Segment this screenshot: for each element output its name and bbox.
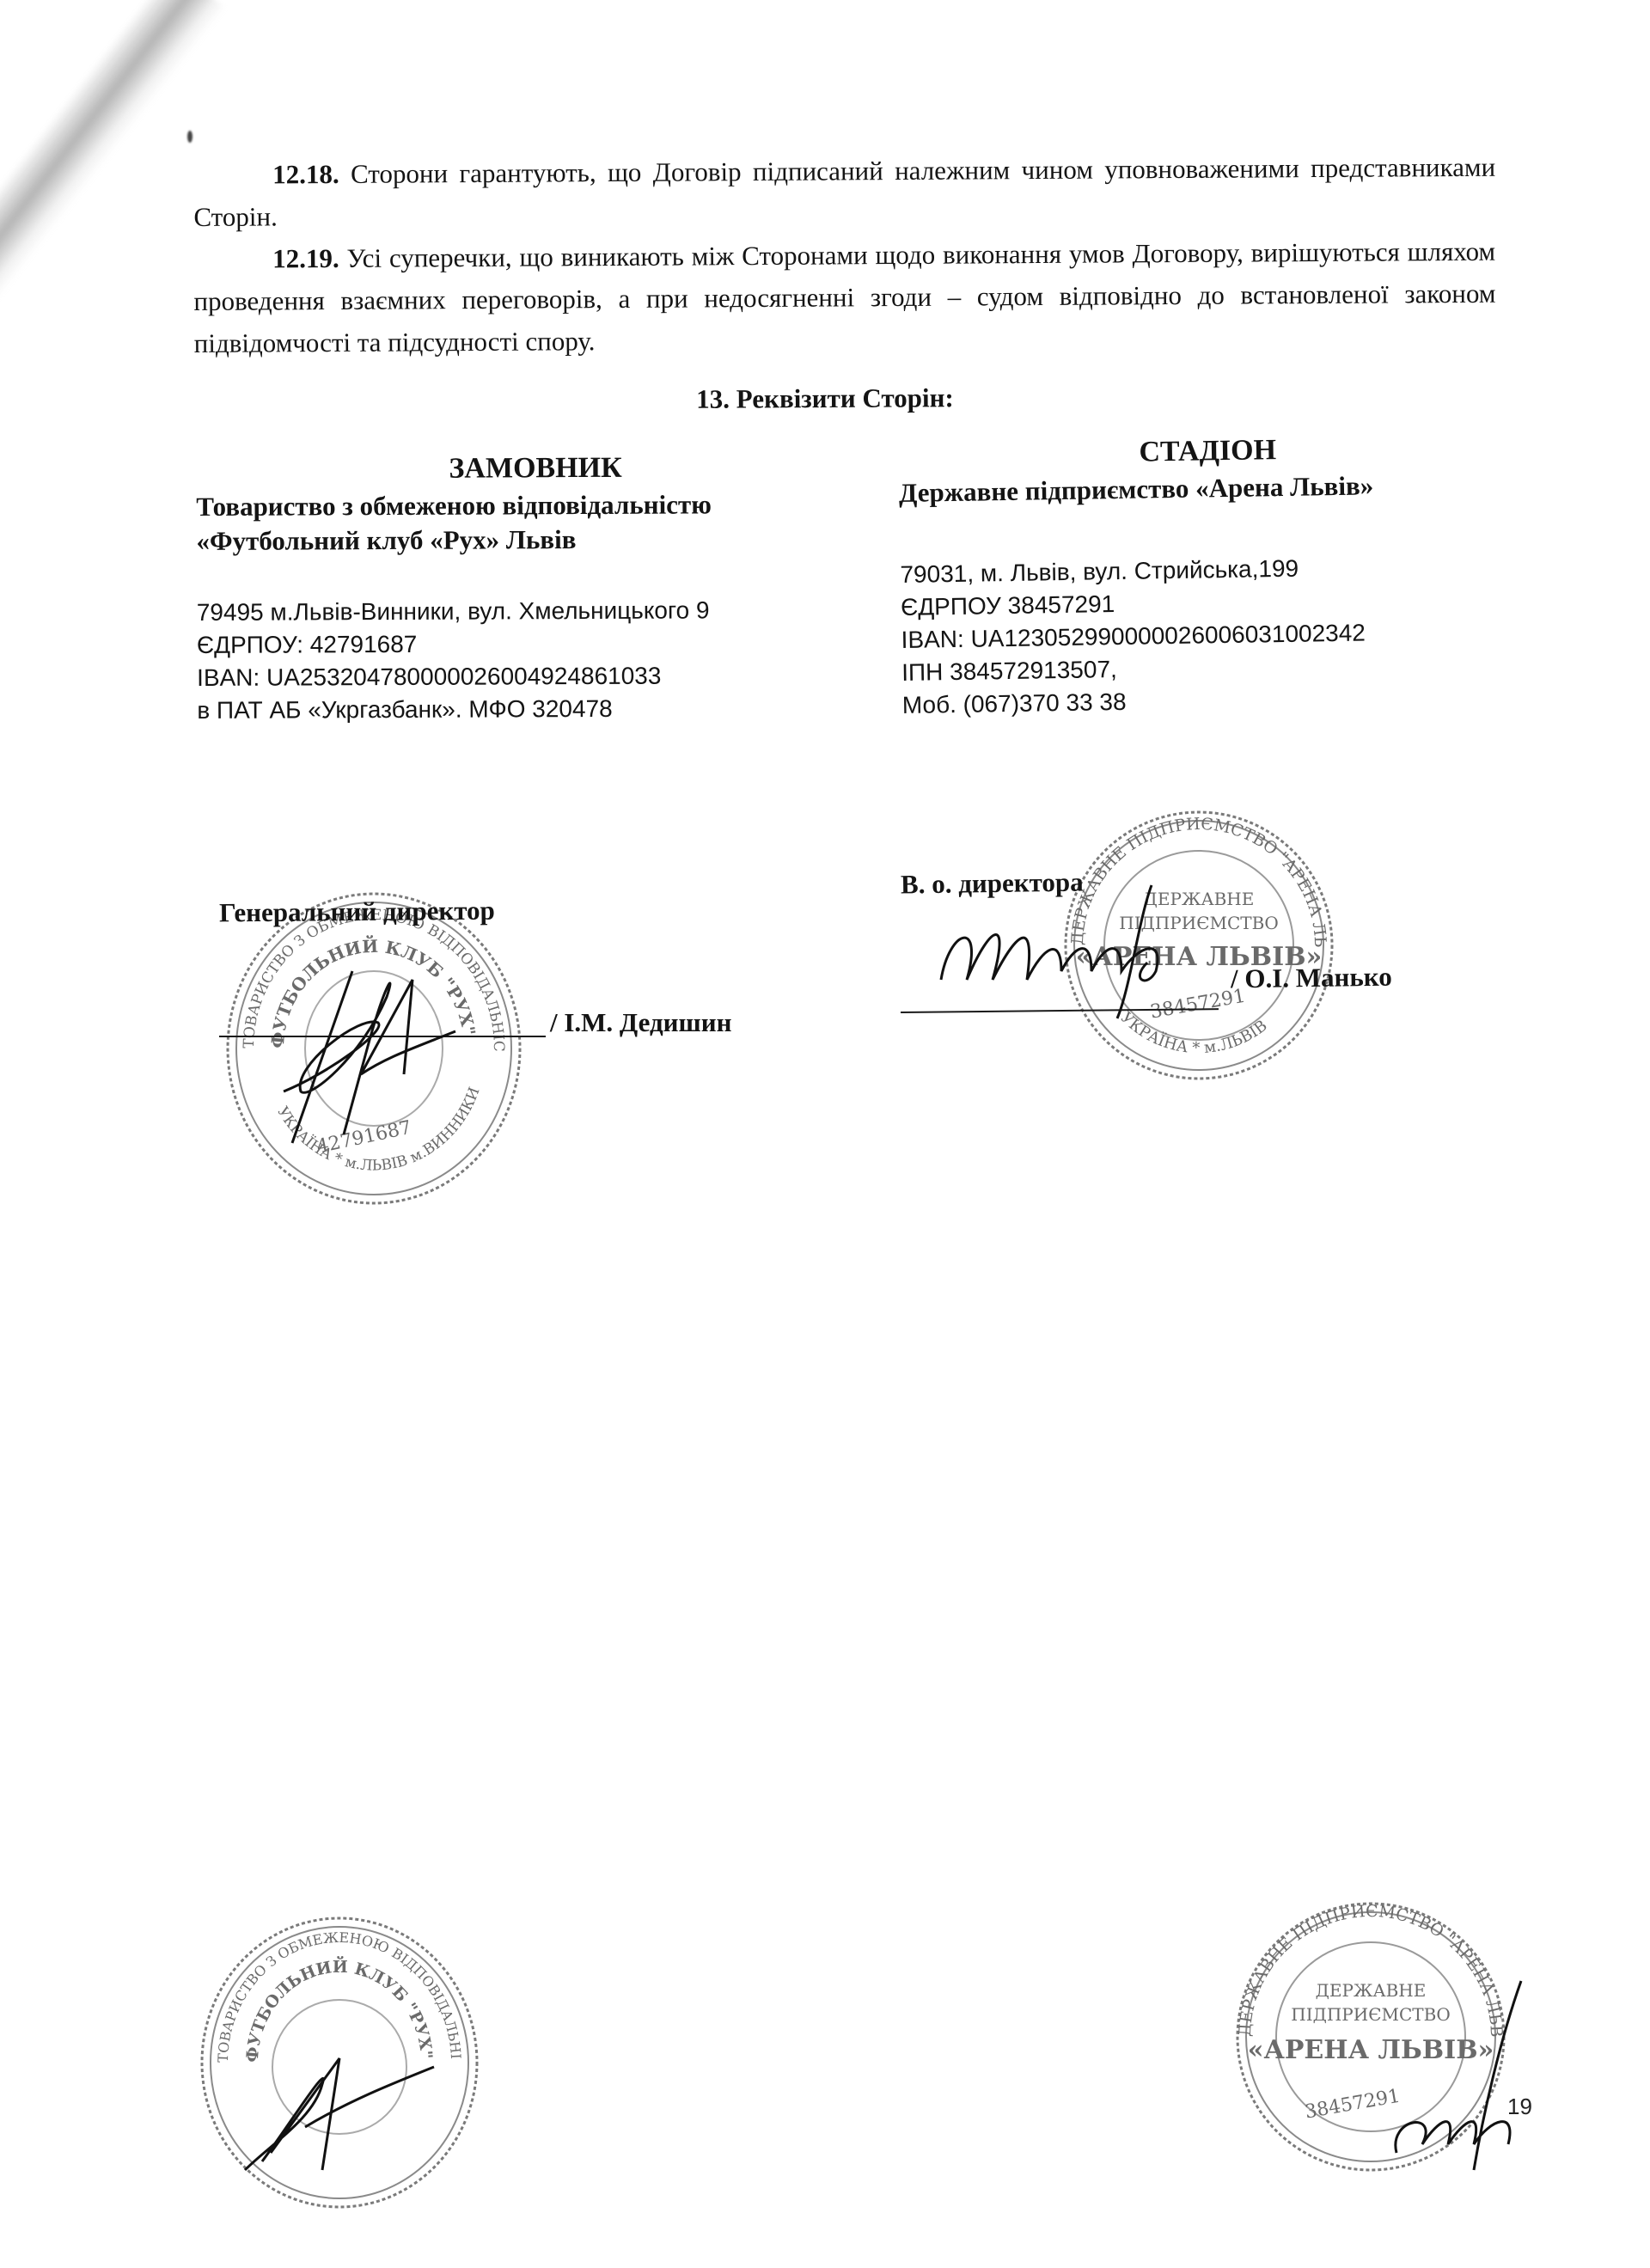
customer-iban: IBAN: UA253204780000026004924861033	[197, 659, 876, 694]
customer-address: 79495 м.Львів-Винники, вул. Хмельницьког…	[197, 594, 876, 629]
stadium-requisites: 79031, м. Львів, вул. Стрийська,199 ЄДРП…	[900, 549, 1521, 722]
customer-signature-icon	[258, 928, 481, 1152]
customer-footer-stamp: ТОВАРИСТВО З ОБМЕЖЕНОЮ ВІДПОВІДАЛЬНІСТЮ …	[193, 1912, 486, 2213]
customer-bank: в ПАТ АБ «Укргазбанк». МФО 320478	[197, 692, 876, 727]
clause-number: 12.18.	[272, 159, 339, 189]
stadium-footer-center1: ДЕРЖАВНЕ	[1316, 1980, 1427, 2001]
clause-12-18: 12.18. Сторони гарантують, що Договір пі…	[193, 146, 1496, 238]
stadium-footer-center3: «АРЕНА ЛЬВІВ»	[1248, 2035, 1494, 2065]
stadium-signer-name: / О.І. Манько	[1231, 962, 1392, 995]
stadium-signature-icon	[932, 868, 1207, 1031]
scan-speck	[187, 131, 192, 143]
clause-text: Усі суперечки, що виникають між Сторонам…	[193, 236, 1495, 358]
stadium-org-line1: Державне підприємство «Арена Львів»	[899, 467, 1519, 510]
customer-org-line1: Товариство з обмеженою відповідальністю	[196, 487, 875, 524]
stadium-footer-center2: ПІДПРИЄМСТВО	[1291, 2004, 1450, 2025]
clause-12-19: 12.19. Усі суперечки, що виникають між С…	[193, 230, 1496, 364]
scan-shadow-edge	[0, 0, 226, 306]
stadium-details: СТАДІОН Державне підприємство «Арена Льв…	[898, 431, 1521, 722]
section-title: 13. Реквізити Сторін:	[0, 379, 1650, 419]
customer-requisites: 79495 м.Львів-Винники, вул. Хмельницьког…	[197, 594, 877, 727]
customer-role-title: ЗАМОВНИК	[196, 451, 875, 486]
customer-details: ЗАМОВНИК Товариство з обмеженою відповід…	[196, 451, 876, 727]
page-number: 19	[1507, 2094, 1532, 2120]
customer-signer-title: Генеральний директор	[219, 896, 495, 929]
stadium-footer-stamp: ДЕРЖАВНЕ ПІДПРИЄМСТВО "АРЕНА ЛЬВІВ" ДЕРЖ…	[1225, 1895, 1534, 2179]
customer-org-line2: «Футбольний клуб «Рух» Львів	[196, 522, 875, 559]
clause-text: Сторони гарантують, що Договір підписани…	[193, 152, 1495, 232]
stadium-role-title: СТАДІОН	[898, 431, 1518, 473]
stadium-footer-code: 38457291	[1304, 2086, 1402, 2124]
document-page: 12.18. Сторони гарантують, що Договір пі…	[0, 0, 1650, 2268]
customer-signer-name: / І.М. Дедишин	[550, 1007, 731, 1038]
clause-number: 12.19.	[272, 243, 339, 273]
customer-edrpou: ЄДРПОУ: 42791687	[197, 627, 876, 662]
